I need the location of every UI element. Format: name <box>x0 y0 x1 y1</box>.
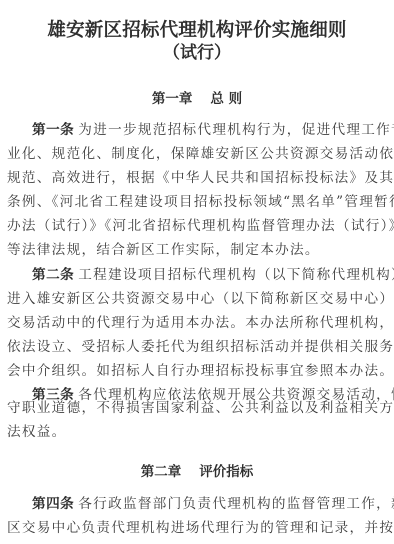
article-4-line-1: 第四条各行政监督部门负责代理机构的监督管理工作，新 <box>32 495 359 513</box>
chapter-heading-2: 第二章评价指标 <box>0 460 394 480</box>
article-label: 第一条 <box>32 122 74 138</box>
article-3-line-3: 法权益。 <box>7 423 359 441</box>
article-label: 第二条 <box>32 267 74 283</box>
chapter-name: 总 则 <box>210 91 242 107</box>
article-3-line-2: 守职业道德，不得损害国家利益、公共利益以及利益相关方的合 <box>7 399 359 417</box>
article-2-line-4: 依法设立、受招标人委托代为组织招标活动并提供相关服务的社 <box>7 338 359 356</box>
document-subtitle: （试行） <box>0 38 394 63</box>
chapter-name: 评价指标 <box>199 464 253 480</box>
article-1-line-1: 第一条为进一步规范招标代理机构行为，促进代理工作专 <box>32 121 359 139</box>
chapter-number: 第二章 <box>141 464 182 480</box>
article-1-line-3: 规范、高效进行，根据《中华人民共和国招标投标法》及其实施 <box>7 169 359 187</box>
article-2-line-2: 进入雄安新区公共资源交易中心（以下简称新区交易中心）从事 <box>7 290 359 308</box>
chapter-number: 第一章 <box>152 91 193 107</box>
article-2-line-1: 第二条工程建设项目招标代理机构（以下简称代理机构） <box>32 266 359 284</box>
article-label: 第四条 <box>32 496 74 512</box>
article-1-line-4: 条例、《河北省工程建设项目招标投标领域“黑名单”管理暂行 <box>7 193 359 211</box>
article-2-line-3: 交易活动中的代理行为适用本办法。本办法所称代理机构，是指 <box>7 314 359 332</box>
article-1-line-2: 业化、规范化、制度化，保障雄安新区公共资源交易活动依法、 <box>7 145 359 163</box>
document-page: 雄安新区招标代理机构评价实施细则 （试行） 第一章总 则 第一条为进一步规范招标… <box>0 0 394 544</box>
article-1-line-6: 等法律法规，结合新区工作实际，制定本办法。 <box>7 241 359 259</box>
article-4-line-2: 区交易中心负责代理机构进场代理行为的管理和记录，并按照本 <box>7 519 359 537</box>
chapter-heading-1: 第一章总 则 <box>0 87 394 107</box>
article-2-line-5: 会中介组织。如招标人自行办理招标投标事宜参照本办法。 <box>7 362 359 380</box>
article-1-line-5: 办法（试行）》《河北省招标代理机构监督管理办法（试行）》 <box>7 217 359 235</box>
